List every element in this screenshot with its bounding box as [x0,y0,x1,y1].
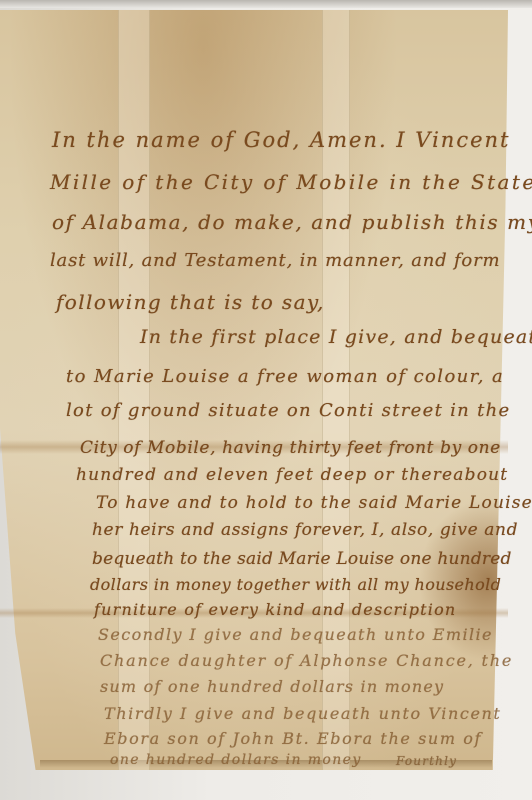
text-line: Secondly I give and bequeath unto Emilie [98,625,493,644]
text-line: to Marie Louise a free woman of colour, … [66,366,504,387]
text-line: following that is to say, [56,290,325,314]
text-line: her heirs and assigns forever, I, also, … [92,520,518,540]
text-line: dollars in money together with all my ho… [90,575,501,594]
text-line: bequeath to the said Marie Louise one hu… [92,549,512,569]
text-line: Thirdly I give and bequeath unto Vincent [104,704,501,723]
text-line: hundred and eleven feet deep or thereabo… [76,465,508,485]
text-line: Chance daughter of Alphonse Chance, the [100,651,513,670]
text-line: Mille of the City of Mobile in the State [50,170,532,194]
text-line: lot of ground situate on Conti street in… [66,400,510,421]
text-line: Ebora son of John Bt. Ebora the sum of [104,729,482,748]
text-line: furniture of every kind and description [94,600,456,619]
catchword: Fourthly [396,754,457,768]
text-line: City of Mobile, having thirty feet front… [80,438,501,458]
handwritten-text: In the name of God, Amen. I Vincent Mill… [0,0,532,800]
text-line: of Alabama, do make, and publish this my [52,210,532,234]
text-line: To have and to hold to the said Marie Lo… [96,493,532,513]
text-line: one hundred dollars in money [110,752,362,768]
text-line: In the first place I give, and bequeath [140,326,532,348]
text-line: sum of one hundred dollars in money [100,677,444,696]
text-line: In the name of God, Amen. I Vincent [52,128,510,152]
text-line: last will, and Testament, in manner, and… [50,250,500,271]
